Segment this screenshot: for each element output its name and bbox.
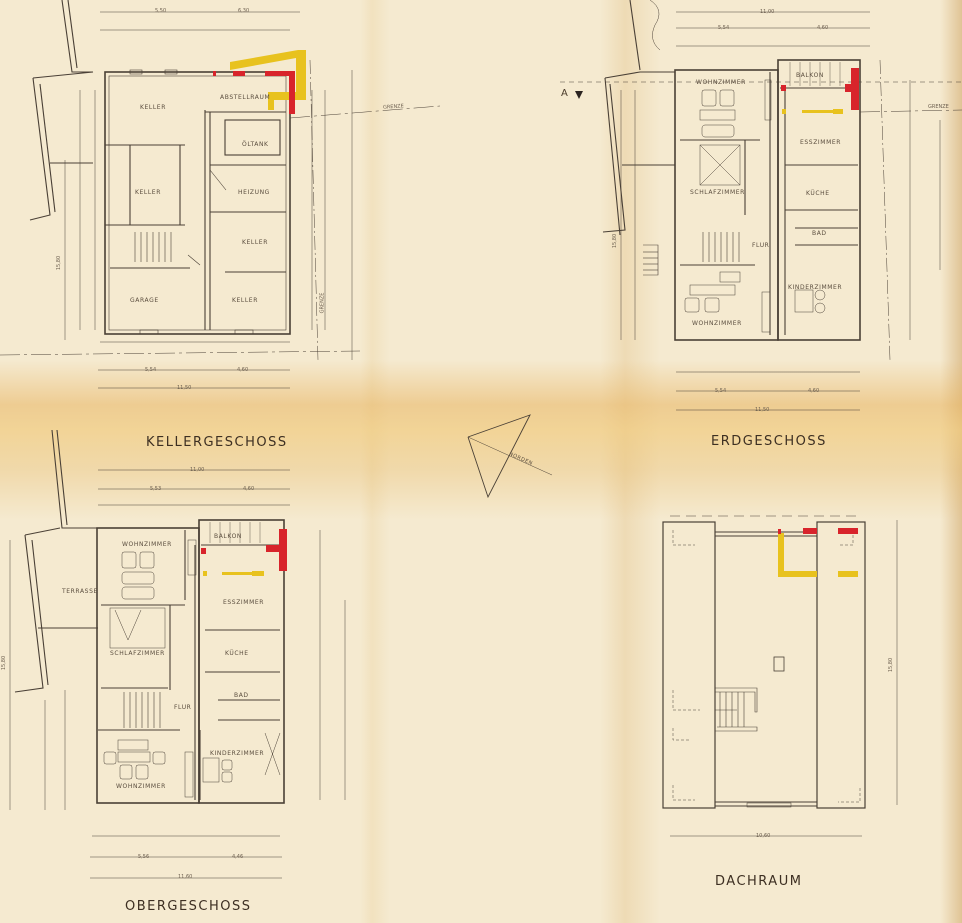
room-label: SCHLAFZIMMER [690, 189, 745, 196]
total-depth-dim: 15,80 [612, 234, 618, 248]
room-label: KELLER [140, 104, 166, 111]
erdgeschoss-title: ERDGESCHOSS [711, 434, 827, 449]
dim: 5,50 [155, 8, 166, 14]
section-marker-arrow-icon [575, 91, 583, 99]
total-depth-dim: 15,80 [1, 656, 7, 670]
dim: 4,60 [817, 25, 828, 31]
obergeschoss-plan [10, 430, 345, 878]
total-width-dim: 10,60 [756, 833, 770, 839]
dim: 6,30 [238, 8, 249, 14]
room-label: ESSZIMMER [800, 139, 841, 146]
erdgeschoss-plan [560, 0, 962, 410]
boundary-label-side: GRENZE [319, 293, 325, 314]
room-label: BAD [812, 230, 827, 237]
room-label: KELLER [232, 297, 258, 304]
total-width-dim: 11,60 [178, 874, 192, 880]
total-width-dim: 11,50 [177, 385, 191, 391]
dim: 5,54 [145, 367, 156, 373]
room-label: ESSZIMMER [223, 599, 264, 606]
boundary-label: GRENZE [928, 104, 949, 110]
total-width-dim: 11,50 [755, 407, 769, 413]
room-label: KINDERZIMMER [788, 284, 842, 291]
dim: 4,60 [243, 486, 254, 492]
room-label: KELLER [135, 189, 161, 196]
room-label: HEIZUNG [238, 189, 270, 196]
room-label: KINDERZIMMER [210, 750, 264, 757]
colored-wall-markings [201, 50, 859, 577]
room-label: WOHNZIMMER [116, 783, 166, 790]
room-label: WOHNZIMMER [692, 320, 742, 327]
room-label: BAD [234, 692, 249, 699]
kellergeschoss-title: KELLERGESCHOSS [146, 435, 288, 450]
room-label: ABSTELLRAUM [220, 94, 270, 101]
dim: 5,54 [718, 25, 729, 31]
section-marker-label: A [561, 88, 569, 99]
room-label: BALKON [796, 72, 824, 79]
room-label: TERRASSE [62, 588, 98, 595]
dachraum-title: DACHRAUM [715, 874, 802, 889]
total-depth-dim: 15,80 [56, 256, 62, 270]
dim: 4,60 [808, 388, 819, 394]
dim: 4,60 [237, 367, 248, 373]
room-label: FLUR [174, 704, 191, 711]
room-label: ÖLTANK [242, 141, 269, 148]
dim: 5,54 [715, 388, 726, 394]
dim: 5,53 [150, 486, 161, 492]
kellergeschoss-plan [0, 0, 440, 388]
room-label: GARAGE [130, 297, 159, 304]
room-label: SCHLAFZIMMER [110, 650, 165, 657]
room-label: BALKON [214, 533, 242, 540]
dim: 5,56 [138, 854, 149, 860]
floor-plan-sheet: KELLERGESCHOSS ERDGESCHOSS OBERGESCHOSS … [0, 0, 962, 923]
room-label: FLUR [752, 242, 769, 249]
obergeschoss-title: OBERGESCHOSS [125, 899, 252, 914]
dim: 4,46 [232, 854, 243, 860]
room-label: KÜCHE [806, 190, 830, 197]
dim: 11,00 [190, 467, 204, 473]
room-label: WOHNZIMMER [122, 541, 172, 548]
dim: 11,00 [760, 9, 774, 15]
total-depth-dim: 15,80 [888, 658, 894, 672]
room-label: KELLER [242, 239, 268, 246]
room-label: KÜCHE [225, 650, 249, 657]
room-label: WOHNZIMMER [696, 79, 746, 86]
